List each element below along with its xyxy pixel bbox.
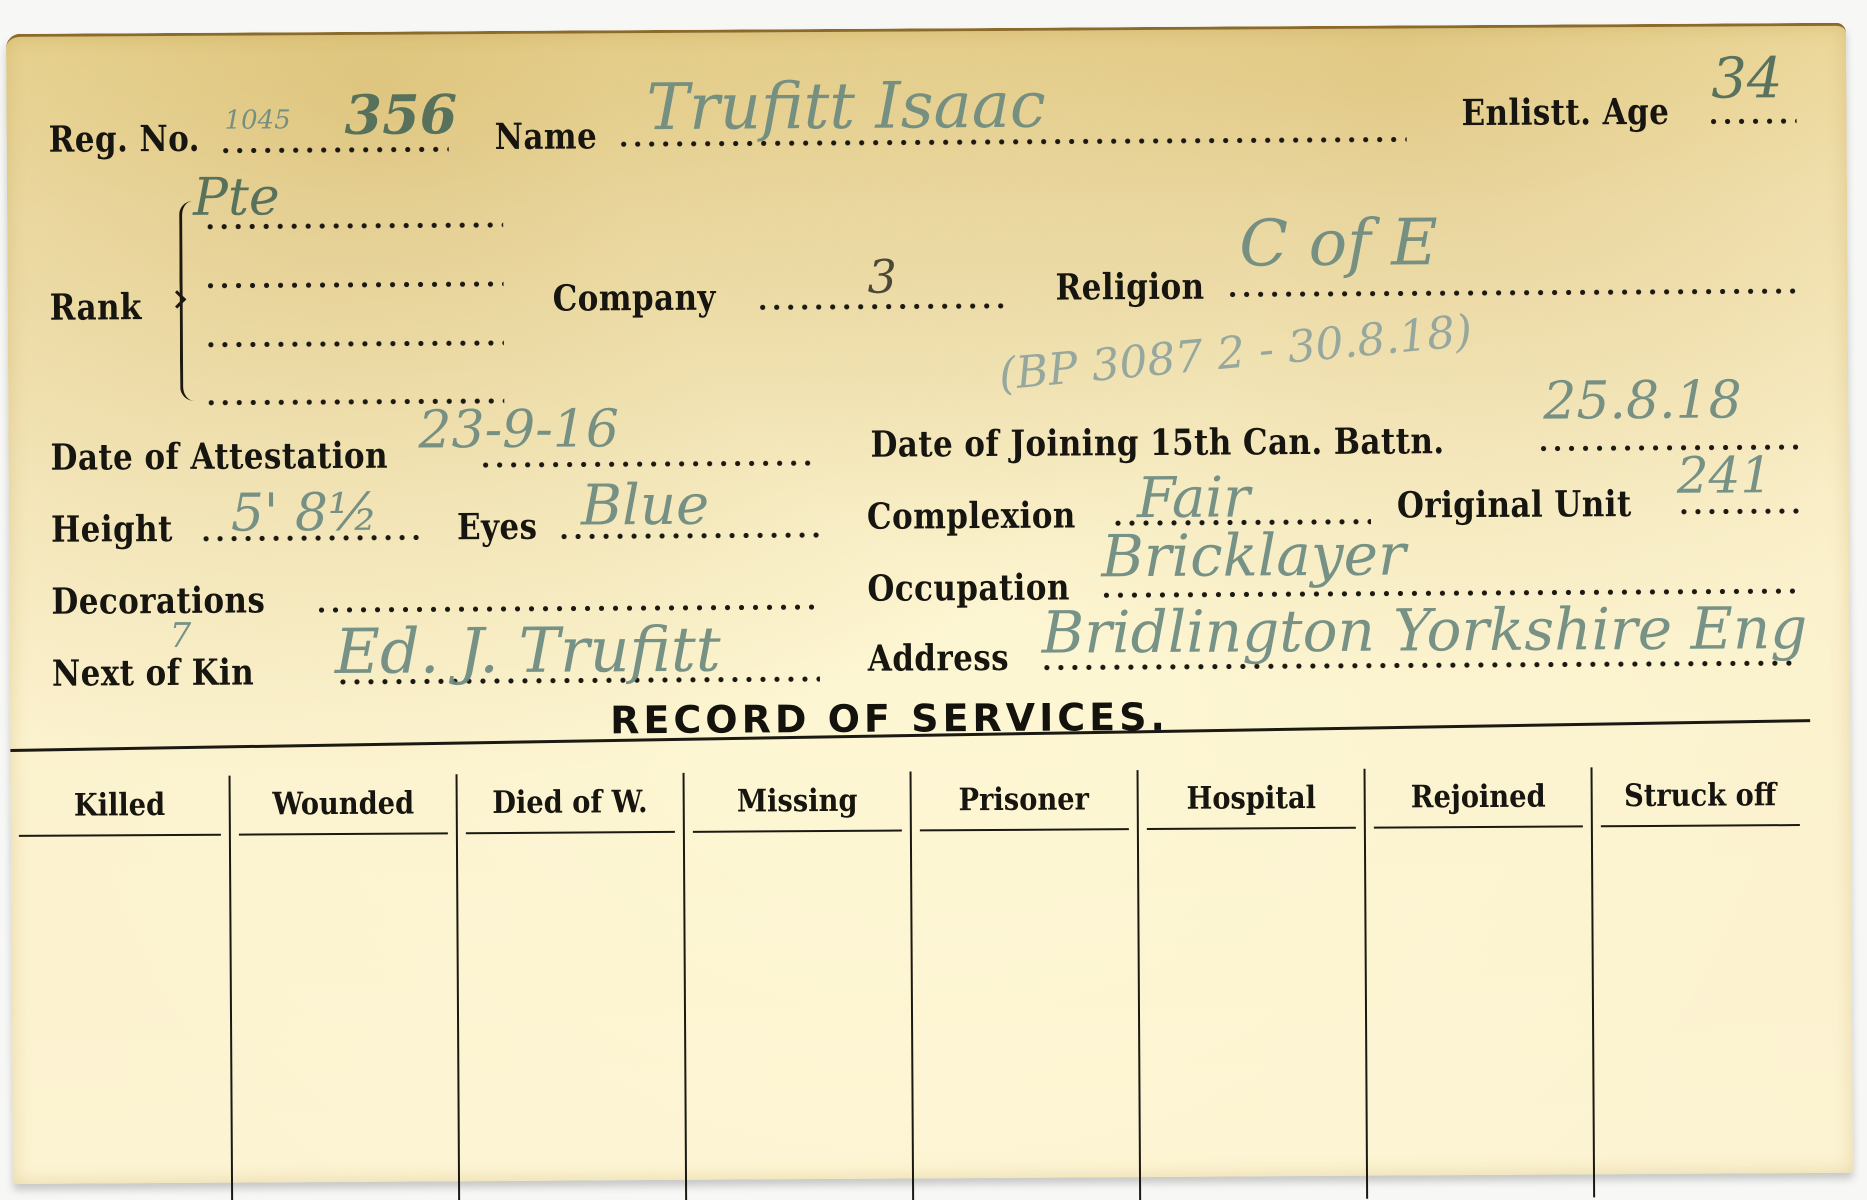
enlist-age-dotted-line: [1707, 118, 1797, 125]
next-of-kin-value: Ed. J. Trufitt: [335, 613, 721, 688]
reg-no-label: Reg. No.: [49, 118, 201, 161]
company-dotted-line: [756, 303, 1006, 311]
column-header-missing: Missing: [737, 783, 858, 820]
reg-no-value: 356: [344, 82, 457, 147]
enlist-age-value: 34: [1711, 46, 1783, 111]
column-struck-off: Struck off: [1593, 766, 1811, 1192]
column-header-wounded: Wounded: [272, 786, 414, 823]
original-unit-value: 241: [1677, 446, 1773, 505]
religion-dotted-line: [1226, 288, 1796, 297]
date-of-joining-label: Date of Joining 15th Can. Battn.: [870, 420, 1444, 466]
address-value: Bridlington Yorkshire Eng: [1041, 594, 1807, 667]
address-label: Address: [868, 637, 1009, 680]
decorations-dotted-line: [315, 604, 820, 613]
service-record-card: Reg. No. 1045 356 Name Trufitt Isaac Enl…: [6, 23, 1853, 1184]
rank-dotted-line-3: [204, 340, 504, 348]
rank-label: Rank: [50, 286, 142, 329]
column-died-of-wounds: Died of W.: [458, 773, 686, 1199]
complexion-label: Complexion: [867, 494, 1076, 537]
rank-dotted-line-2: [204, 281, 504, 289]
date-of-attestation-value: 23-9-16: [418, 399, 619, 460]
column-header-struck-off: Struck off: [1624, 777, 1776, 814]
reg-no-prefix-value: 1045: [224, 105, 290, 135]
religion-value: C of E: [1239, 206, 1438, 281]
enlist-age-label: Enlistt. Age: [1461, 91, 1669, 134]
rank-dotted-line-1: [203, 222, 503, 230]
religion-label: Religion: [1055, 266, 1204, 309]
height-value: 5' 8½: [231, 483, 379, 544]
next-of-kin-label: Next of Kin: [52, 651, 254, 694]
rank-value-1: Pte: [193, 167, 280, 228]
original-unit-dotted-line: [1677, 508, 1799, 515]
date-of-attestation-label: Date of Attestation: [50, 435, 388, 479]
column-header-killed: Killed: [74, 787, 165, 824]
annotation-note: (BP 3087 2 - 30.8.18): [997, 305, 1475, 400]
decorations-label: Decorations: [51, 579, 265, 622]
height-label: Height: [51, 508, 173, 551]
date-of-attestation-dotted-line: [479, 460, 819, 468]
column-header-prisoner: Prisoner: [959, 781, 1090, 818]
company-label: Company: [552, 277, 716, 320]
eyes-value: Blue: [581, 473, 710, 539]
column-rejoined: Rejoined: [1366, 767, 1594, 1193]
column-missing: Missing: [685, 771, 913, 1197]
column-header-rejoined: Rejoined: [1411, 779, 1546, 816]
date-of-joining-value: 25.8.18: [1543, 370, 1742, 431]
occupation-label: Occupation: [867, 567, 1070, 610]
column-prisoner: Prisoner: [912, 770, 1140, 1196]
next-of-kin-superscript: 7: [170, 616, 192, 656]
column-hospital: Hospital: [1139, 769, 1367, 1195]
column-wounded: Wounded: [231, 774, 459, 1200]
rank-brace: [179, 201, 198, 401]
name-label: Name: [495, 115, 598, 158]
column-header-hospital: Hospital: [1186, 780, 1316, 817]
reg-no-dotted-line: [219, 146, 449, 153]
company-value: 3: [867, 250, 897, 304]
occupation-value: Bricklayer: [1101, 520, 1406, 590]
column-killed: Killed: [11, 776, 232, 1200]
name-value: Trufitt Isaac: [646, 69, 1046, 145]
eyes-label: Eyes: [457, 506, 538, 548]
column-header-died-of-wounds: Died of W.: [492, 784, 647, 821]
original-unit-label: Original Unit: [1397, 483, 1632, 526]
